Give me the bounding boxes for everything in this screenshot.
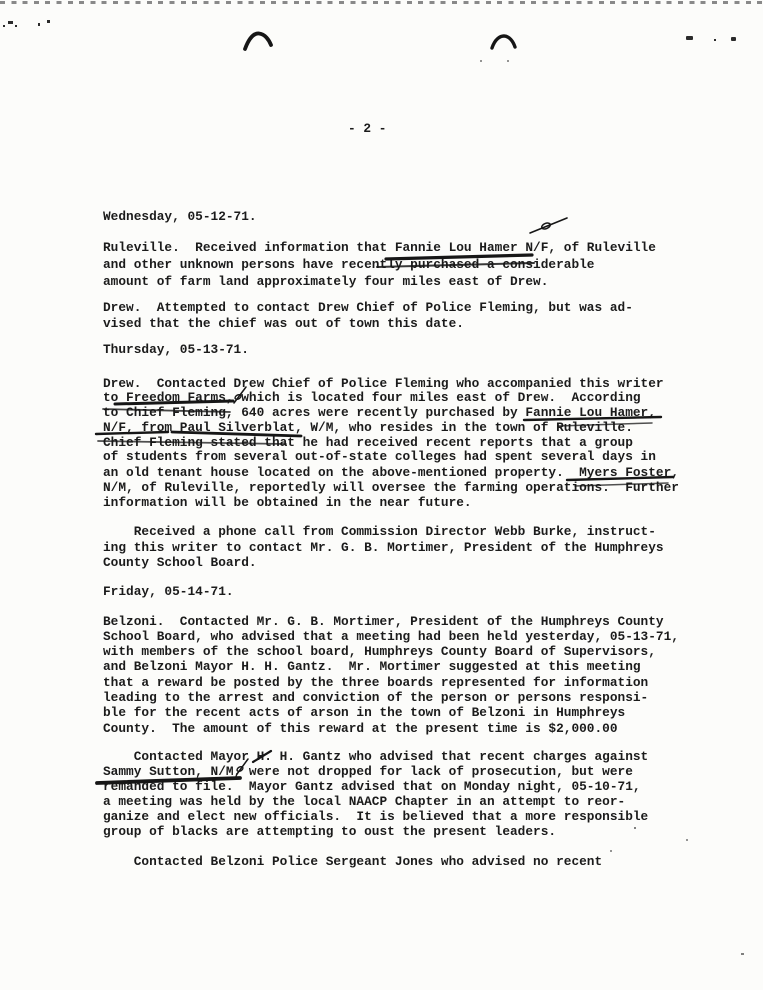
handwritten-insert-mark-nf <box>530 218 567 233</box>
date-heading-wednesday: Wednesday, 05-12-71. <box>103 210 257 224</box>
speck <box>47 20 50 23</box>
text-line: vised that the chief was out of town thi… <box>103 317 464 331</box>
scan-crescent-mark-right <box>492 36 515 48</box>
speck <box>8 21 13 24</box>
speck <box>610 850 612 852</box>
text-line: Drew. Contacted Drew Chief of Police Fle… <box>103 377 664 391</box>
speck <box>686 36 693 40</box>
text-line: Contacted Mayor H. H. Gantz who advised … <box>103 750 648 764</box>
text-line: Drew. Attempted to contact Drew Chief of… <box>103 301 633 315</box>
text-line: and other unknown persons have recently … <box>103 258 594 272</box>
text-line: ble for the recent acts of arson in the … <box>103 706 625 720</box>
text-line: N/M, of Ruleville, reportedly will overs… <box>103 481 679 495</box>
text-line: to Freedom Farms, which is located four … <box>103 391 641 405</box>
text-line: and Belzoni Mayor H. H. Gantz. Mr. Morti… <box>103 660 641 674</box>
page-number: - 2 - <box>348 122 386 136</box>
date-heading-friday: Friday, 05-14-71. <box>103 585 234 599</box>
speck <box>634 827 636 829</box>
text-line: County School Board. <box>103 556 257 570</box>
text-line: information will be obtained in the near… <box>103 496 472 510</box>
speck <box>686 839 688 841</box>
handwritten-insert-loop-nf <box>541 222 551 230</box>
text-line: leading to the arrest and conviction of … <box>103 691 648 705</box>
text-line: that a reward be posted by the three boa… <box>103 676 648 690</box>
scan-crescent-mark-left <box>245 33 271 49</box>
text-line: County. The amount of this reward at the… <box>103 722 618 736</box>
speck <box>731 37 736 41</box>
text-line: Received a phone call from Commission Di… <box>103 525 656 539</box>
speck <box>507 60 509 62</box>
scanner-edge-dots <box>0 1 763 4</box>
text-line: Sammy Sutton, N/M, were not dropped for … <box>103 765 633 779</box>
text-line: of students from several out-of-state co… <box>103 450 656 464</box>
speck <box>480 60 482 62</box>
speck <box>741 953 744 955</box>
text-line: ing this writer to contact Mr. G. B. Mor… <box>103 541 664 555</box>
date-heading-thursday: Thursday, 05-13-71. <box>103 343 249 357</box>
text-line: remanded to file. Mayor Gantz advised th… <box>103 780 641 794</box>
document-page: - 2 - Wednesday, 05-12-71. Ruleville. Re… <box>0 0 763 990</box>
speck <box>3 25 5 27</box>
speck <box>38 23 40 26</box>
text-line: N/F, from Paul Silverblat, W/M, who resi… <box>103 421 633 435</box>
text-line: Belzoni. Contacted Mr. G. B. Mortimer, P… <box>103 615 664 629</box>
text-line: Ruleville. Received information that Fan… <box>103 241 656 255</box>
text-line: an old tenant house located on the above… <box>103 466 679 480</box>
text-line: School Board, who advised that a meeting… <box>103 630 679 644</box>
text-line: ganize and elect new officials. It is be… <box>103 810 648 824</box>
text-line: group of blacks are attempting to oust t… <box>103 825 556 839</box>
text-line: with members of the school board, Humphr… <box>103 645 656 659</box>
speck <box>714 39 716 41</box>
text-line: Contacted Belzoni Police Sergeant Jones … <box>103 855 602 869</box>
text-line: Chief Fleming stated that he had receive… <box>103 436 633 450</box>
text-line: to Chief Fleming, 640 acres were recentl… <box>103 406 656 420</box>
speck <box>15 25 17 27</box>
text-line: a meeting was held by the local NAACP Ch… <box>103 795 625 809</box>
text-line: amount of farm land approximately four m… <box>103 275 548 289</box>
